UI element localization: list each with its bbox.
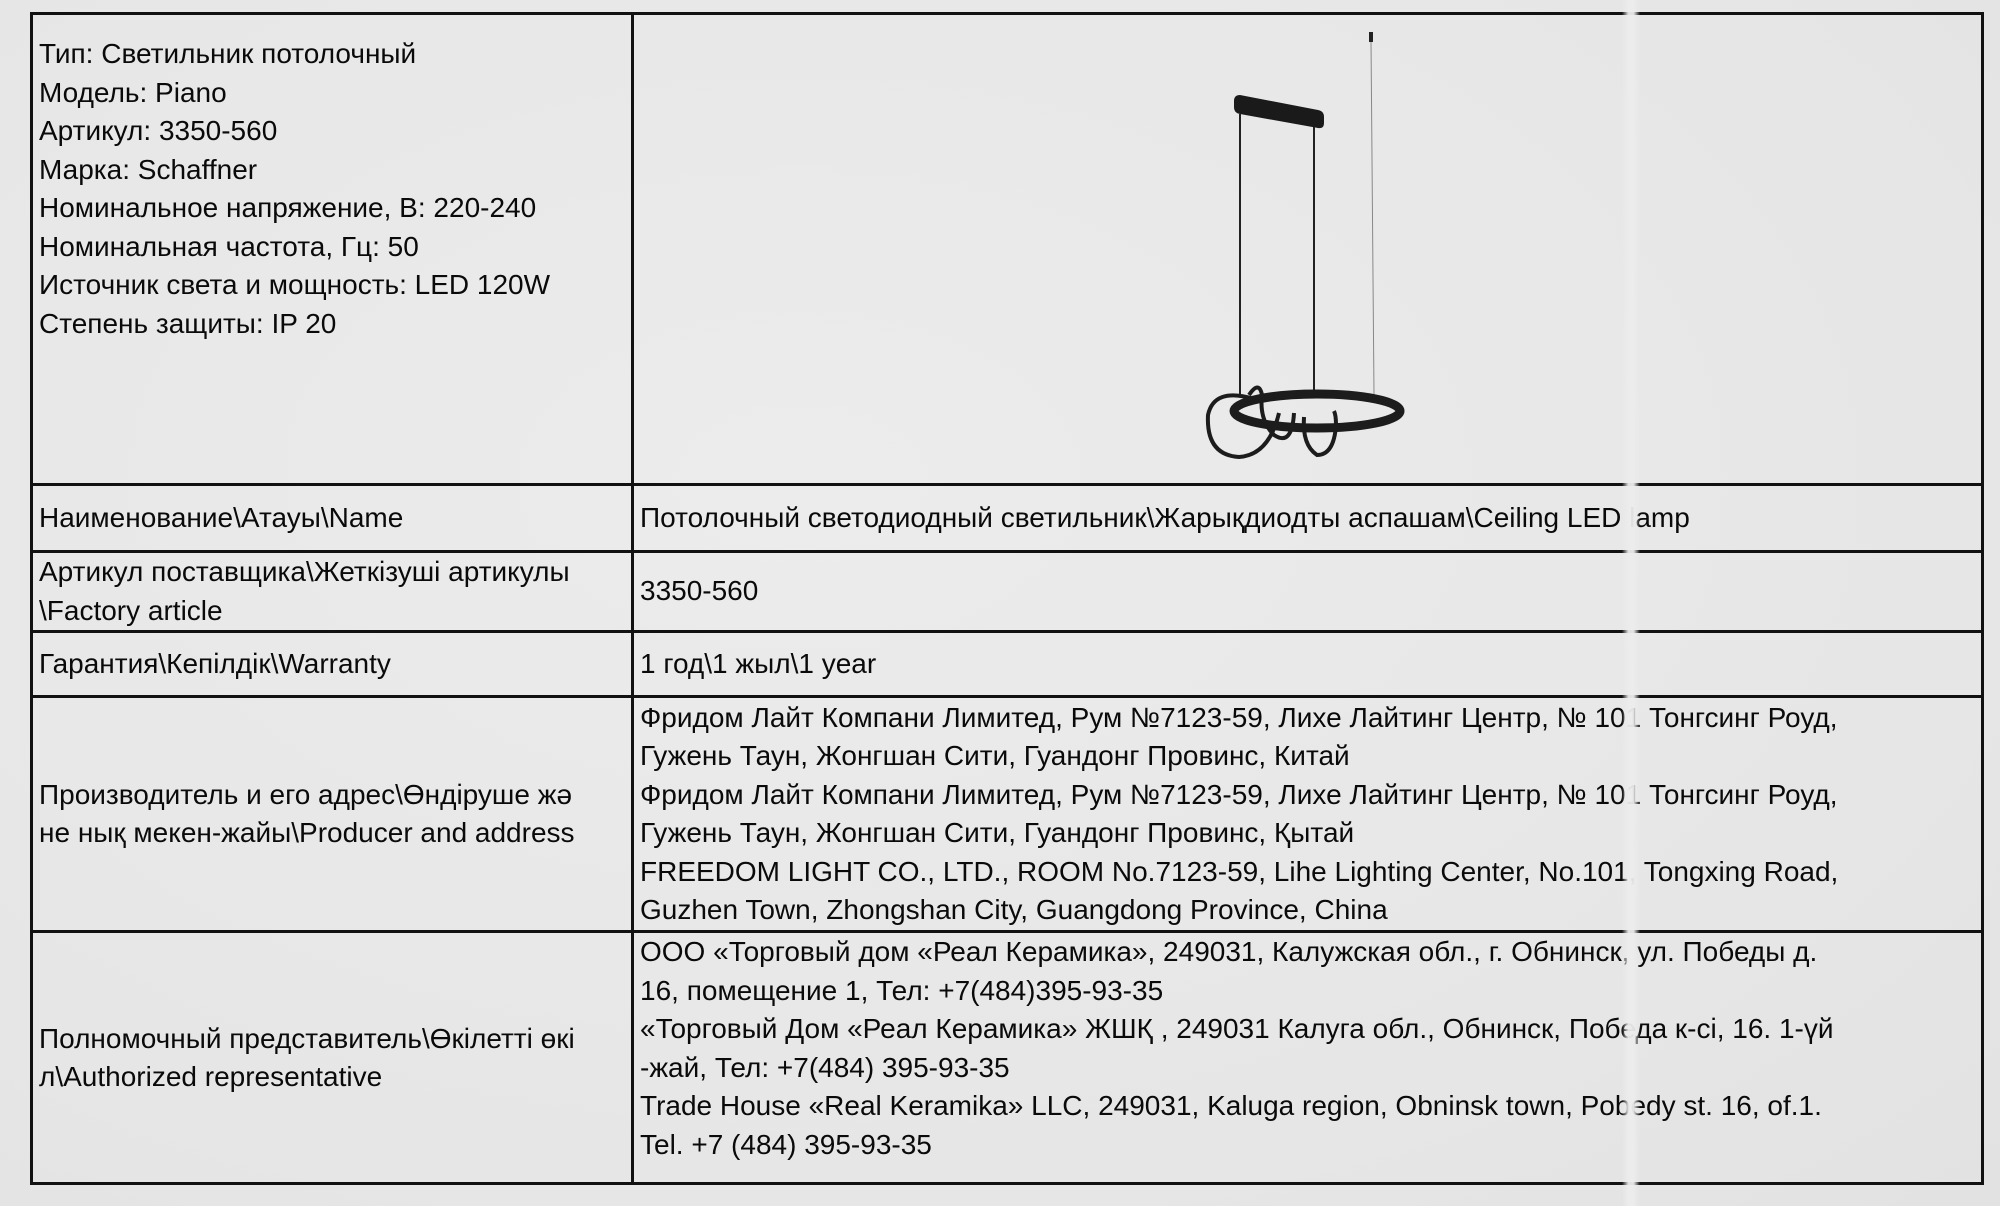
row-representative-label: Полномочный представитель\Өкілетті өкі л… (39, 933, 629, 1183)
row-factory-article-label: Артикул поставщика\Жеткізуші артикулы \F… (39, 553, 629, 630)
spec-type: Тип: Светильник потолочный (39, 35, 629, 74)
spec-brand: Марка: Schaffner (39, 151, 629, 190)
spec-frequency: Номинальная частота, Гц: 50 (39, 228, 629, 267)
row-producer-value: Фридом Лайт Компани Лимитед, Рум №7123-5… (640, 698, 1980, 930)
spec-voltage: Номинальное напряжение, В: 220-240 (39, 189, 629, 228)
row-producer-label: Производитель и его адрес\Өндіруше жә не… (39, 698, 629, 930)
row-factory-article-value: 3350-560 (640, 553, 1980, 630)
label-sheet: Тип: Светильник потолочный Модель: Piano… (0, 0, 2000, 1206)
row-name-value: Потолочный светодиодный светильник\Жарық… (640, 486, 1980, 550)
spec-model: Модель: Piano (39, 74, 629, 113)
row-name-label: Наименование\Атауы\Name (39, 486, 629, 550)
row-warranty-label: Гарантия\Кепілдік\Warranty (39, 633, 629, 695)
product-info-table: Тип: Светильник потолочный Модель: Piano… (30, 12, 1984, 1185)
spec-protection: Степень защиты: IP 20 (39, 305, 629, 344)
spec-light-source: Источник света и мощность: LED 120W (39, 266, 629, 305)
row-warranty-value: 1 год\1 жыл\1 year (640, 633, 1980, 695)
row-representative-value: ООО «Торговый дом «Реал Керамика», 24903… (640, 933, 1980, 1183)
spec-block: Тип: Светильник потолочный Модель: Piano… (39, 35, 629, 343)
product-image (634, 15, 1981, 483)
pendant-ring-lamp-icon (634, 15, 1981, 483)
spec-article: Артикул: 3350-560 (39, 112, 629, 151)
